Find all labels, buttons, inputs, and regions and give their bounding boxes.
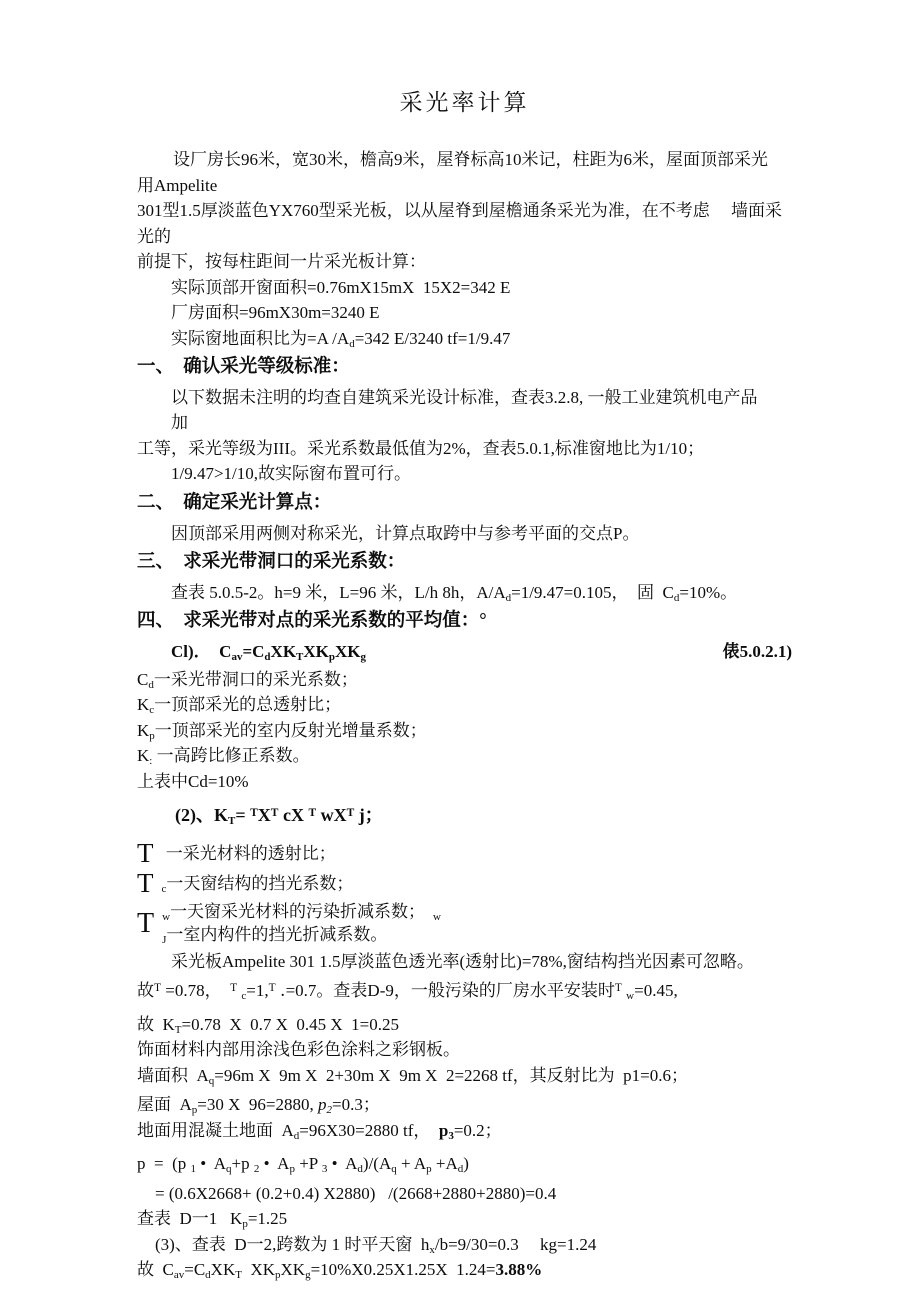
line-content: 二、 确定采光计算点： [137, 493, 331, 513]
text-segment: • A [327, 1154, 357, 1173]
line-content: 屋面 Ap=30 X 96=2880, p2=0.3； [137, 1095, 380, 1114]
text-segment: T [154, 982, 161, 994]
def-line: Kc一顶部采光的总透射比； [137, 692, 792, 718]
text-segment: w [626, 990, 634, 1002]
line-content: 前提下，按每柱距间一片采光板计算： [137, 252, 426, 271]
text-segment: = (0.6X2668+ (0.2+0.4) X2880) /(2668+288… [155, 1184, 556, 1203]
text-segment: K [137, 721, 149, 740]
text-segment: 因顶部采用两侧对称采光，计算点取跨中与参考平面的交点P。 [171, 524, 639, 543]
tau-def: Tc一天窗结构的挡光系数； [137, 869, 792, 899]
text-segment: =10%。 [679, 583, 737, 602]
text-segment: =96X30=2880 tf， [299, 1121, 439, 1140]
text-segment: =0.45, [634, 981, 678, 1000]
line-content: 四、 求采光带对点的采光系数的平均值：° [137, 611, 487, 631]
text-segment: 一天窗采光材料的污染折减系数； [170, 902, 417, 921]
line-content: (2)、KT= TXT cX T wXT j； [175, 805, 383, 825]
para-line: 饰面材料内部用涂浅色彩色涂料之彩钢板。 [137, 1037, 792, 1063]
calc-line: 地面用混凝土地面 Ad=96X30=2880 tf， p3=0.2； [137, 1118, 792, 1144]
tau-symbol: T [137, 910, 154, 938]
text-segment: T [175, 1024, 182, 1036]
formula-rho: p = (p 1 • Aq+p 2 • Ap +P 3 • Ad)/(Aq + … [137, 1151, 792, 1177]
para-line: 以下数据未注明的均查自建筑采光设计标准，查表3.2.8, 一般工业建筑机电产品 [137, 385, 792, 411]
text-segment: 以下数据未注明的均查自建筑采光设计标准，查表3.2.8, 一般工业建筑机电产品 [171, 388, 758, 407]
calc-line: 查表 D一1 Kp=1.25 [137, 1206, 792, 1232]
tau-symbol: T [137, 868, 154, 898]
text-segment: 二、 确定采光计算点： [137, 493, 331, 513]
calc-line: 故T =0.78， T c=1,T ․=0.7。查表D-9，一般污染的厂房水平安… [137, 978, 792, 1004]
line-content: (3)、查表 D一2,跨数为 1 时平天窗 hx/b=9/30=0.3 kg=1… [155, 1235, 596, 1254]
line-content: T 一采光材料的透射比； [137, 844, 336, 863]
section-heading-2: 二、 确定采光计算点： [137, 490, 792, 518]
text-segment: K [137, 746, 149, 765]
calc-line: 查表 5.0.5-2。h=9 米，L=96 米，L/h 8h，A/Ad=1/9.… [137, 580, 792, 606]
text-segment: 故 C [137, 1260, 174, 1279]
calc-line: 厂房面积=96mX30m=3240 E [137, 300, 792, 326]
section-heading-1: 一、 确认采光等级标准： [137, 354, 792, 382]
text-segment: =0.3； [332, 1095, 380, 1114]
calc-line: (3)、查表 D一2,跨数为 1 时平天窗 hx/b=9/30=0.3 kg=1… [137, 1232, 792, 1258]
text-segment: XK [281, 1260, 306, 1279]
text-segment: 上表中Cd=10% [137, 772, 249, 791]
text-segment: 厂房面积=96mX30m=3240 E [171, 303, 380, 322]
text-segment: 一、 确认采光等级标准： [137, 357, 350, 377]
line-content: 地面用混凝土地面 Ad=96X30=2880 tf， p3=0.2； [137, 1121, 502, 1140]
line-content: 实际窗地面积比为=A /Ad=342 E/3240 tf=1/9.47 [171, 329, 510, 348]
line-content: Cd一采光带洞口的采光系数； [137, 670, 358, 689]
text-segment: 三、 求采光带洞口的采光系数： [137, 552, 405, 572]
para-line: 前提下，按每柱距间一片采光板计算： [137, 249, 792, 275]
para-line: 设厂房长96米，宽30米，檐高9米，屋脊标高10米记，柱距为6米，屋面顶部采光 … [137, 147, 792, 198]
text-segment: cX [278, 805, 308, 825]
line-content: Kc一顶部采光的总透射比； [137, 695, 341, 714]
text-segment: av [231, 651, 242, 663]
calc-line: 故 KT=0.78 X 0.7 X 0.45 X 1=0.25 [137, 1012, 792, 1038]
doc-line: J一室内构件的挡光折减系数。 [162, 924, 441, 947]
text-segment: 设厂房长96米，宽30米，檐高9米，屋脊标高10米记，柱距为6米，屋面顶部采光 … [137, 150, 777, 195]
line-content: 加 [171, 413, 188, 432]
line-content: 饰面材料内部用涂浅色彩色涂料之彩钢板。 [137, 1040, 460, 1059]
calc-line: 屋面 Ap=30 X 96=2880, p2=0.3； [137, 1092, 792, 1118]
line-content: 以下数据未注明的均查自建筑采光设计标准，查表3.2.8, 一般工业建筑机电产品 [171, 388, 758, 407]
text-segment: =1/9.47=0.105， 固 C [511, 583, 674, 602]
page-title: 采光率计算 [137, 84, 792, 117]
tau-def: T 一采光材料的透射比； [137, 839, 792, 869]
text-segment: =0.78， [161, 981, 230, 1000]
text-segment: wX [316, 805, 347, 825]
text-segment: 四、 求采光带对点的采光系数的平均值：° [137, 611, 487, 631]
def-line: Cd一采光带洞口的采光系数； [137, 667, 792, 693]
para-line: 1/9.47>1/10,故实际窗布置可行。 [137, 461, 792, 487]
section-heading-3: 三、 求采光带洞口的采光系数： [137, 549, 792, 577]
text-segment: XK [242, 1260, 275, 1279]
text-segment: 故 [137, 981, 154, 1000]
text-segment: 前提下，按每柱距间一片采光板计算： [137, 252, 426, 271]
line-content: 故 KT=0.78 X 0.7 X 0.45 X 1=0.25 [137, 1015, 399, 1034]
text-segment: 工等，采光等级为III。采光系数最低值为2%，查表5.0.1,标准窗地比为1/1… [137, 439, 704, 458]
text-segment: T [308, 807, 316, 819]
def-line: K: 一高跨比修正系数。 [137, 743, 792, 769]
text-segment: )/(A [363, 1154, 391, 1173]
text-segment: 采光板Ampelite 301 1.5厚淡蓝色透光率(透射比)=78%,窗结构挡… [171, 952, 754, 971]
text-segment: 一顶部采光的总透射比； [154, 695, 341, 714]
text-segment: XK [303, 642, 329, 661]
text-segment: 加 [171, 413, 188, 432]
line-content: 厂房面积=96mX30m=3240 E [171, 303, 380, 322]
text-segment: av [174, 1269, 184, 1281]
text-segment: 一顶部采光的室内反射光增量系数； [155, 721, 427, 740]
line-content: 工等，采光等级为III。采光系数最低值为2%，查表5.0.1,标准窗地比为1/1… [137, 439, 704, 458]
tau-symbol: T [137, 838, 154, 868]
text-segment: C [137, 670, 148, 689]
text-segment: =96m X 9m X 2+30m X 9m X 2=2268 tf，其反射比为… [214, 1066, 688, 1085]
calc-line: 墙面积 Aq=96m X 9m X 2+30m X 9m X 2=2268 tf… [137, 1063, 792, 1089]
text-segment: = [235, 805, 250, 825]
doc-line: w一天窗采光材料的污染折减系数； w [162, 901, 441, 924]
line-content: 查表 D一1 Kp=1.25 [137, 1209, 287, 1228]
formula-ref: 俵5.0.2.1) [723, 639, 792, 665]
calc-line: 实际窗地面积比为=A /Ad=342 E/3240 tf=1/9.47 [137, 326, 792, 352]
line-content: 采光板Ampelite 301 1.5厚淡蓝色透光率(透射比)=78%,窗结构挡… [171, 952, 754, 971]
def-line: Kp一顶部采光的室内反射光增量系数； [137, 718, 792, 744]
text-segment: +A [432, 1154, 458, 1173]
text-segment: XK [335, 642, 361, 661]
text-segment: =1, [246, 981, 268, 1000]
line-content: Tc一天窗结构的挡光系数； [137, 874, 353, 893]
text-segment: 实际顶部开窗面积=0.76mX15mX 15X2=342 E [171, 278, 510, 297]
text-segment: ) [463, 1154, 469, 1173]
text-segment: 墙面积 A [137, 1066, 209, 1085]
note-line: 上表中Cd=10% [137, 769, 792, 795]
line-content: 实际顶部开窗面积=0.76mX15mX 15X2=342 E [171, 278, 510, 297]
text-segment: 一室内构件的挡光折减系数。 [166, 925, 387, 944]
text-segment: +p [232, 1154, 254, 1173]
line-content: 故T =0.78， T c=1,T ․=0.7。查表D-9，一般污染的厂房水平安… [137, 981, 678, 1000]
text-segment: 1/9.47>1/10,故实际窗布置可行。 [171, 464, 411, 483]
text-segment: =0.2； [454, 1121, 502, 1140]
text-segment: XK [271, 642, 297, 661]
text-segment: 一采光材料的透射比； [162, 844, 336, 863]
document-page: 采光率计算 设厂房长96米，宽30米，檐高9米，屋脊标高10米记，柱距为6米，屋… [0, 0, 920, 1302]
text-segment: p = (p [137, 1154, 191, 1173]
line-content: 301型1.5厚淡蓝色YX760型采光板，以从屋脊到屋檐通条采光为准，在不考虑 … [137, 201, 782, 246]
text-segment: 查表 5.0.5-2。h=9 米，L=96 米，L/h 8h，A/A [171, 583, 506, 602]
text-segment: (2)、K [175, 805, 228, 825]
text-segment: T [269, 982, 276, 994]
text-segment: j； [354, 805, 383, 825]
para-line: 采光板Ampelite 301 1.5厚淡蓝色透光率(透射比)=78%,窗结构挡… [137, 949, 792, 975]
line-content: 三、 求采光带洞口的采光系数： [137, 552, 405, 572]
line-content: 墙面积 Aq=96m X 9m X 2+30m X 9m X 2=2268 tf… [137, 1066, 688, 1085]
text-segment: 查表 D一1 K [137, 1209, 242, 1228]
line-content: 上表中Cd=10% [137, 772, 249, 791]
text-segment: K [137, 695, 149, 714]
calc-line: 实际顶部开窗面积=0.76mX15mX 15X2=342 E [137, 275, 792, 301]
text-segment: 饰面材料内部用涂浅色彩色涂料之彩钢板。 [137, 1040, 460, 1059]
text-segment: 实际窗地面积比为=A /A [171, 329, 349, 348]
text-segment: w [417, 911, 441, 923]
text-segment: =30 X 96=2880, [197, 1095, 318, 1114]
text-segment: + A [397, 1154, 426, 1173]
text-segment: 一采光带洞口的采光系数； [154, 670, 358, 689]
text-segment: T [615, 982, 622, 994]
document-body: 设厂房长96米，宽30米，檐高9米，屋脊标高10米记，柱距为6米，屋面顶部采光 … [137, 147, 792, 1283]
text-segment: 3.88% [496, 1260, 543, 1279]
line-content: p = (p 1 • Aq+p 2 • Ap +P 3 • Ad)/(Aq + … [137, 1154, 469, 1173]
text-segment: p [439, 1121, 448, 1140]
text-segment: =C [242, 642, 264, 661]
formula-kt: (2)、KT= TXT cX T wXT j； [137, 802, 792, 829]
text-segment: /b=9/30=0.3 kg=1.24 [435, 1235, 596, 1254]
section-heading-4: 四、 求采光带对点的采光系数的平均值：° [137, 608, 792, 636]
text-segment: 故 K [137, 1015, 175, 1034]
line-content: Kp一顶部采光的室内反射光增量系数； [137, 721, 427, 740]
text-segment: T [235, 1269, 242, 1281]
tau-def-pair: Tw一天窗采光材料的污染折减系数； wJ一室内构件的挡光折减系数。 [137, 901, 792, 947]
para-line: 301型1.5厚淡蓝色YX760型采光板，以从屋脊到屋檐通条采光为准，在不考虑 … [137, 198, 792, 249]
text-segment: • A [196, 1154, 226, 1173]
line-content: 1/9.47>1/10,故实际窗布置可行。 [171, 464, 411, 483]
text-segment: T [250, 807, 258, 819]
text-segment: ․=0.7。查表D-9，一般污染的厂房水平安装时 [276, 981, 615, 1000]
result-line: 故 Cav=CdXKT XKpXKg=10%X0.25X1.25X 1.24=3… [137, 1257, 792, 1283]
text-segment: 301型1.5厚淡蓝色YX760型采光板，以从屋脊到屋檐通条采光为准，在不考虑 … [137, 201, 782, 246]
text-segment: 一高跨比修正系数。 [152, 746, 309, 765]
calc-line: = (0.6X2668+ (0.2+0.4) X2880) /(2668+288… [137, 1181, 792, 1207]
text-segment: +P [295, 1154, 322, 1173]
text-segment: =0.78 X 0.7 X 0.45 X 1=0.25 [182, 1015, 400, 1034]
text-segment: w [162, 911, 170, 923]
text-segment: 地面用混凝土地面 A [137, 1121, 294, 1140]
text-segment: XK [211, 1260, 236, 1279]
text-segment: =10%X0.25X1.25X 1.24= [311, 1260, 496, 1279]
line-content: = (0.6X2668+ (0.2+0.4) X2880) /(2668+288… [155, 1184, 556, 1203]
text-segment: 一天窗结构的挡光系数； [166, 874, 353, 893]
formula-cav: Cl)． Cav=CdXKTXKpXKg俵5.0.2.1) [137, 639, 792, 665]
text-segment: 屋面 A [137, 1095, 192, 1114]
text-segment: =342 E/3240 tf=1/9.47 [355, 329, 511, 348]
line-content: 故 Cav=CdXKT XKpXKg=10%X0.25X1.25X 1.24=3… [137, 1260, 542, 1279]
para-line: 工等，采光等级为III。采光系数最低值为2%，查表5.0.1,标准窗地比为1/1… [137, 436, 792, 462]
line-content: 因顶部采用两侧对称采光，计算点取跨中与参考平面的交点P。 [171, 524, 639, 543]
text-segment: g [361, 651, 367, 663]
line-content: 设厂房长96米，宽30米，檐高9米，屋脊标高10米记，柱距为6米，屋面顶部采光 … [137, 150, 777, 195]
text-segment: (3)、查表 D一2,跨数为 1 时平天窗 h [155, 1235, 429, 1254]
para-line: 加 [137, 410, 792, 436]
line-content: K: 一高跨比修正系数。 [137, 746, 310, 765]
text-segment: =C [184, 1260, 205, 1279]
line-content: 查表 5.0.5-2。h=9 米，L=96 米，L/h 8h，A/Ad=1/9.… [171, 583, 737, 602]
line-content: 一、 确认采光等级标准： [137, 357, 350, 377]
tau-definitions: w一天窗采光材料的污染折减系数； wJ一室内构件的挡光折减系数。 [162, 901, 441, 947]
text-segment: =1.25 [248, 1209, 287, 1228]
line-content: Cl)． Cav=CdXKTXKpXKg [171, 639, 366, 665]
text-segment: • A [259, 1154, 289, 1173]
para-line: 因顶部采用两侧对称采光，计算点取跨中与参考平面的交点P。 [137, 521, 792, 547]
text-segment: X [258, 805, 271, 825]
text-segment: Cl)． C [171, 642, 231, 661]
